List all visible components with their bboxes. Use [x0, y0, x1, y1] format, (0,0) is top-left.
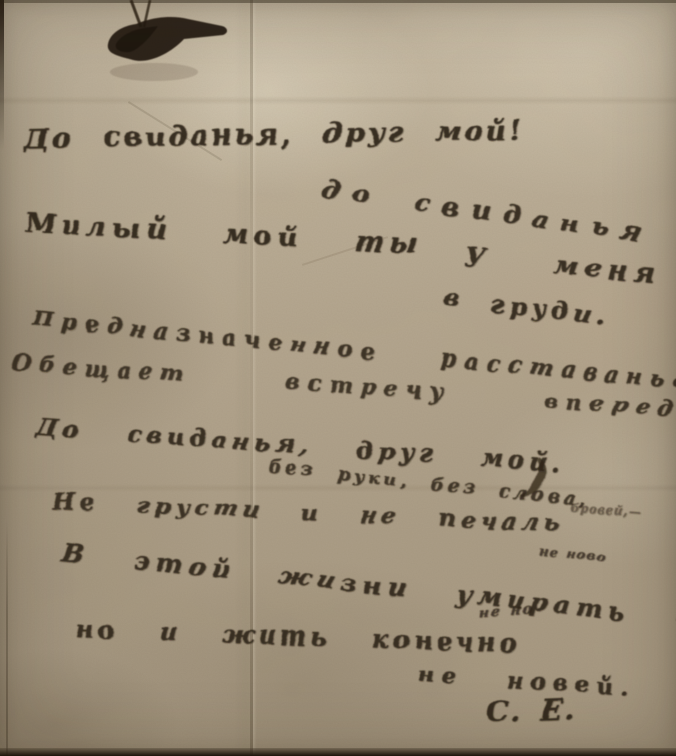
- letter-photo: До свиданья, друг мой!до свиданьяМилый м…: [0, 0, 676, 756]
- handwriting-line: бровей,—: [569, 500, 643, 520]
- handwriting-line: У меня: [463, 242, 662, 290]
- handwritten-poem: До свиданья, друг мой!до свиданьяМилый м…: [0, 0, 676, 756]
- handwriting-line: не ново: [538, 544, 607, 566]
- signature: С. Е.: [486, 693, 576, 729]
- handwriting-line: До свиданья, друг мой!: [24, 113, 525, 155]
- photo-bottom-edge: [0, 748, 676, 756]
- handwriting-line: Милый мой ты: [24, 208, 424, 260]
- handwriting-line: но и жить конечно: [75, 614, 521, 659]
- handwriting-line: в груди.: [440, 282, 612, 331]
- handwriting-line: не но: [478, 601, 536, 622]
